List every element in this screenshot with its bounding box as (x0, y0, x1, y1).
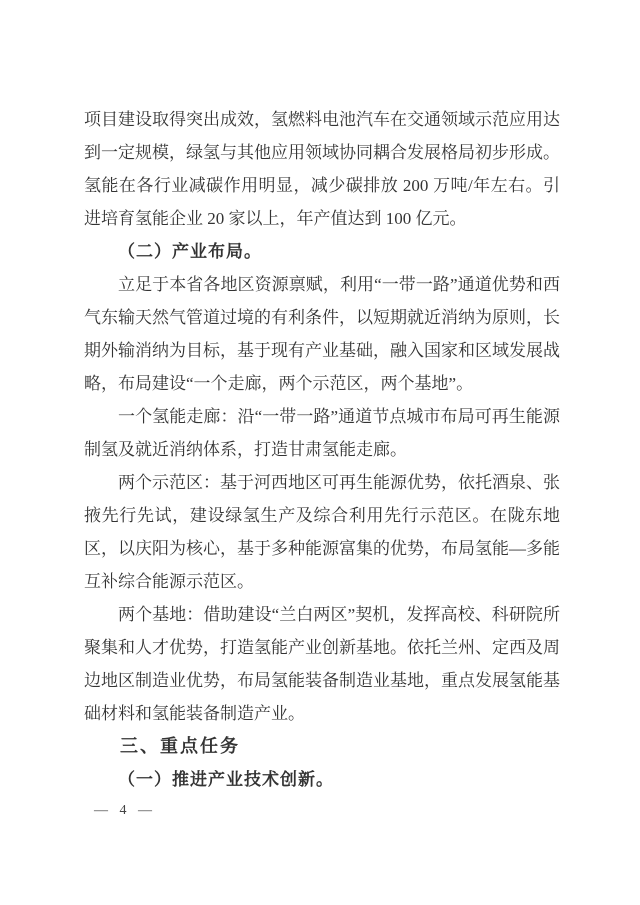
page-number: — 4 — (94, 801, 156, 821)
paragraph-two-demo-zones: 两个示范区：基于河西地区可再生能源优势，依托酒泉、张掖先行先试，建设绿氢生产及综… (84, 466, 560, 598)
document-body: 项目建设取得突出成效，氢燃料电池汽车在交通领域示范应用达到一定规模，绿氢与其他应… (84, 103, 560, 796)
section-heading-key-tasks: 三、重点任务 (84, 730, 560, 763)
section-heading-industry-layout: （二）产业布局。 (84, 235, 560, 268)
paragraph-layout-overview: 立足于本省各地区资源禀赋，利用“一带一路”通道优势和西气东输天然气管道过境的有利… (84, 268, 560, 400)
section-heading-tech-innovation: （一）推进产业技术创新。 (84, 763, 560, 796)
document-page: 项目建设取得突出成效，氢燃料电池汽车在交通领域示范应用达到一定规模，绿氢与其他应… (0, 0, 640, 905)
paragraph-one-corridor: 一个氢能走廊：沿“一带一路”通道节点城市布局可再生能源制氢及就近消纳体系，打造甘… (84, 400, 560, 466)
paragraph-achievements: 项目建设取得突出成效，氢燃料电池汽车在交通领域示范应用达到一定规模，绿氢与其他应… (84, 103, 560, 235)
paragraph-two-bases: 两个基地：借助建设“兰白两区”契机，发挥高校、科研院所聚集和人才优势，打造氢能产… (84, 598, 560, 730)
